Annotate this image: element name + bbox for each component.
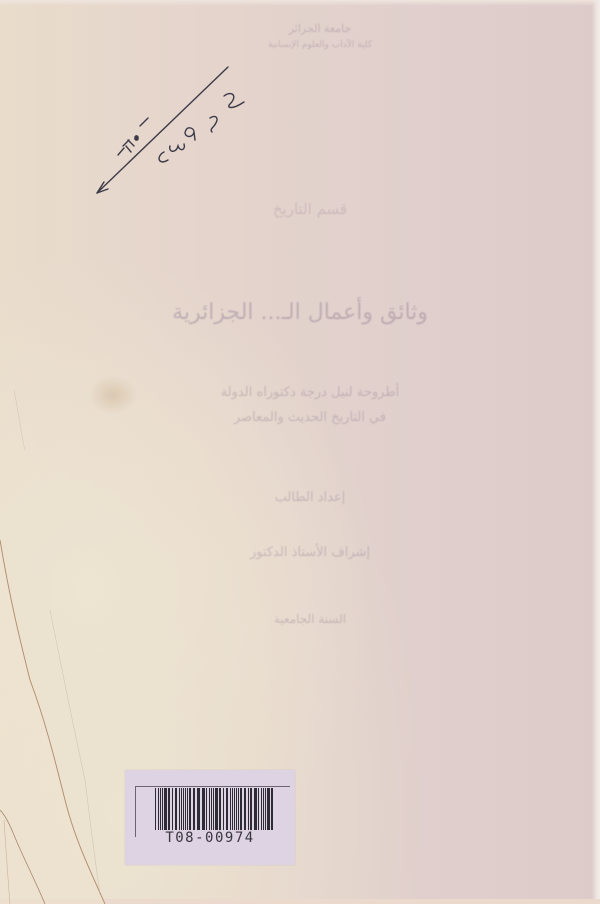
- annotation-slash: [97, 67, 228, 193]
- barcode-number: T08-00974: [125, 830, 295, 846]
- barcode-bars: [155, 788, 273, 830]
- handwritten-annotation: [0, 0, 600, 904]
- barcode-bar: [271, 788, 273, 830]
- barcode-label: T08-00974: [125, 770, 295, 865]
